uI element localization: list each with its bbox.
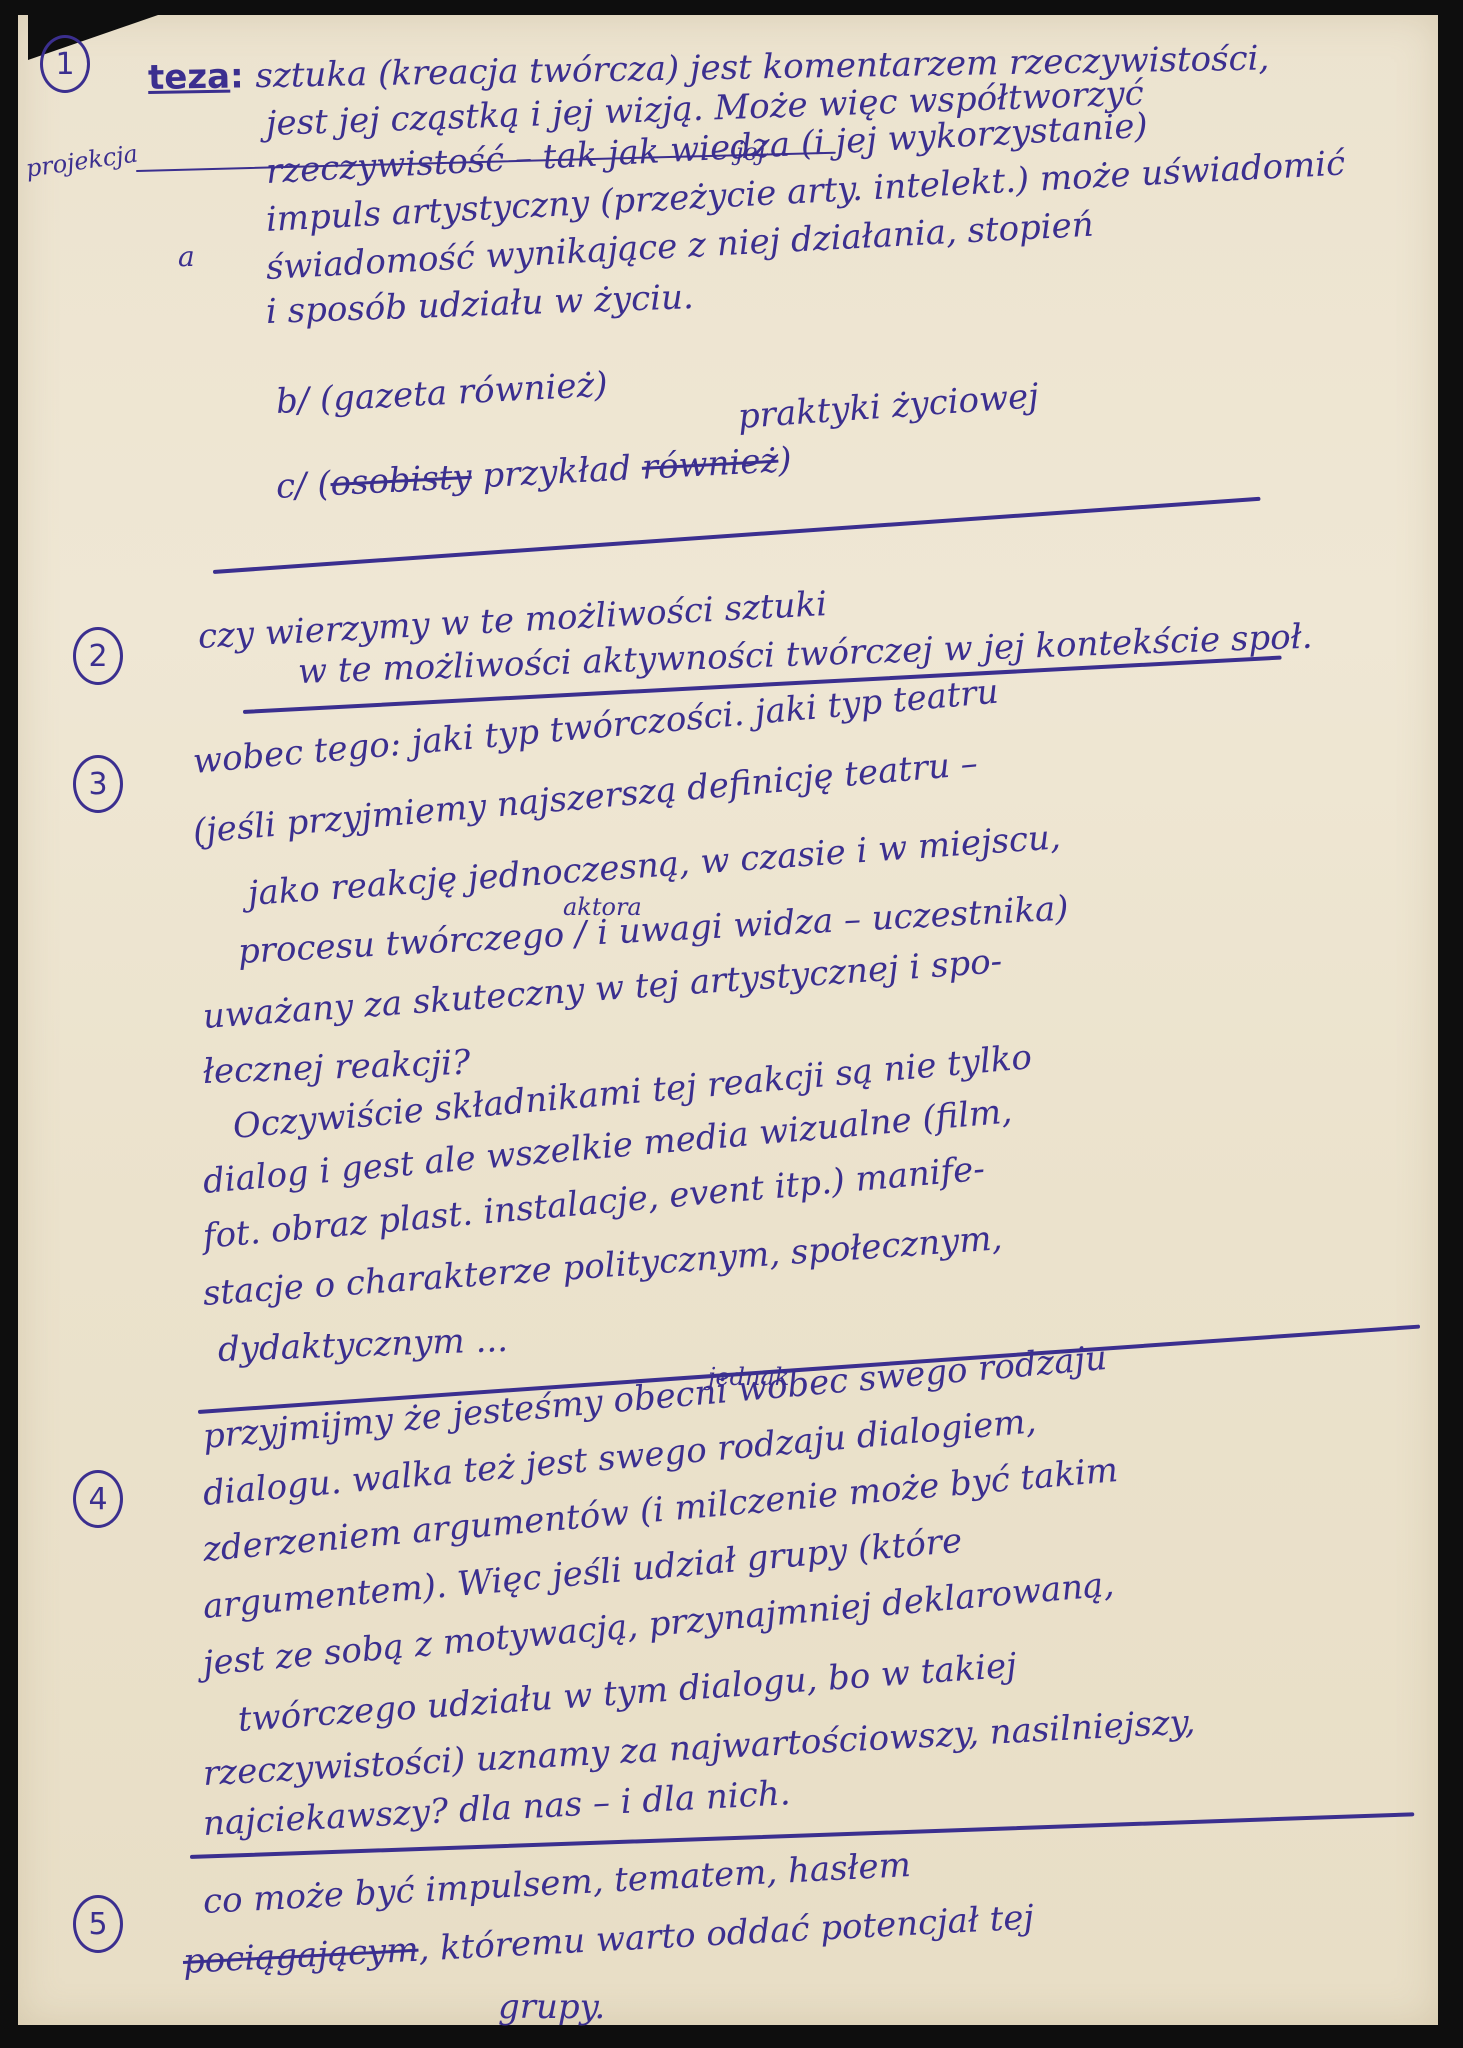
sub-item-b-text: (gazeta również): [319, 365, 609, 420]
section-divider-1: [213, 497, 1261, 574]
sub-item-b-marker: b/: [275, 380, 310, 422]
section-number-3: 3: [73, 755, 123, 813]
manuscript-page: 1 projekcja a teza: sztuka (kreacja twór…: [18, 15, 1438, 2025]
struck-osobisty: osobisty: [329, 457, 472, 504]
section-number-2: 2: [73, 627, 123, 685]
section-number-1: 1: [40, 35, 90, 93]
sub-item-c-text: przykład: [481, 448, 632, 496]
section5-line-3: grupy.: [498, 1990, 605, 2024]
section3-line-6: łecznej reakcji?: [202, 1046, 470, 1089]
sub-item-b: b/ (gazeta również): [275, 368, 608, 419]
section-number-4: 4: [73, 1470, 123, 1528]
section5-line-2-text: , któremu warto oddać potencjał tej: [417, 1897, 1035, 1969]
margin-note-projekcja: projekcja: [24, 141, 139, 180]
section3-line-11: dydaktycznym ...: [217, 1323, 508, 1367]
sub-item-c-marker: c/: [275, 465, 308, 507]
struck-rowniez: również: [641, 441, 780, 488]
section-number-5: 5: [73, 1895, 123, 1953]
struck-pociagajacym: pociągającym: [182, 1930, 420, 1982]
thesis-line-6: i sposób udziału w życiu.: [265, 280, 694, 329]
sub-item-c-insert: praktyki życiowej: [737, 379, 1040, 434]
sub-item-c: c/ (osobisty przykład również): [275, 443, 792, 504]
side-mark-a: a: [178, 243, 195, 271]
thesis-label: teza: [148, 57, 231, 98]
